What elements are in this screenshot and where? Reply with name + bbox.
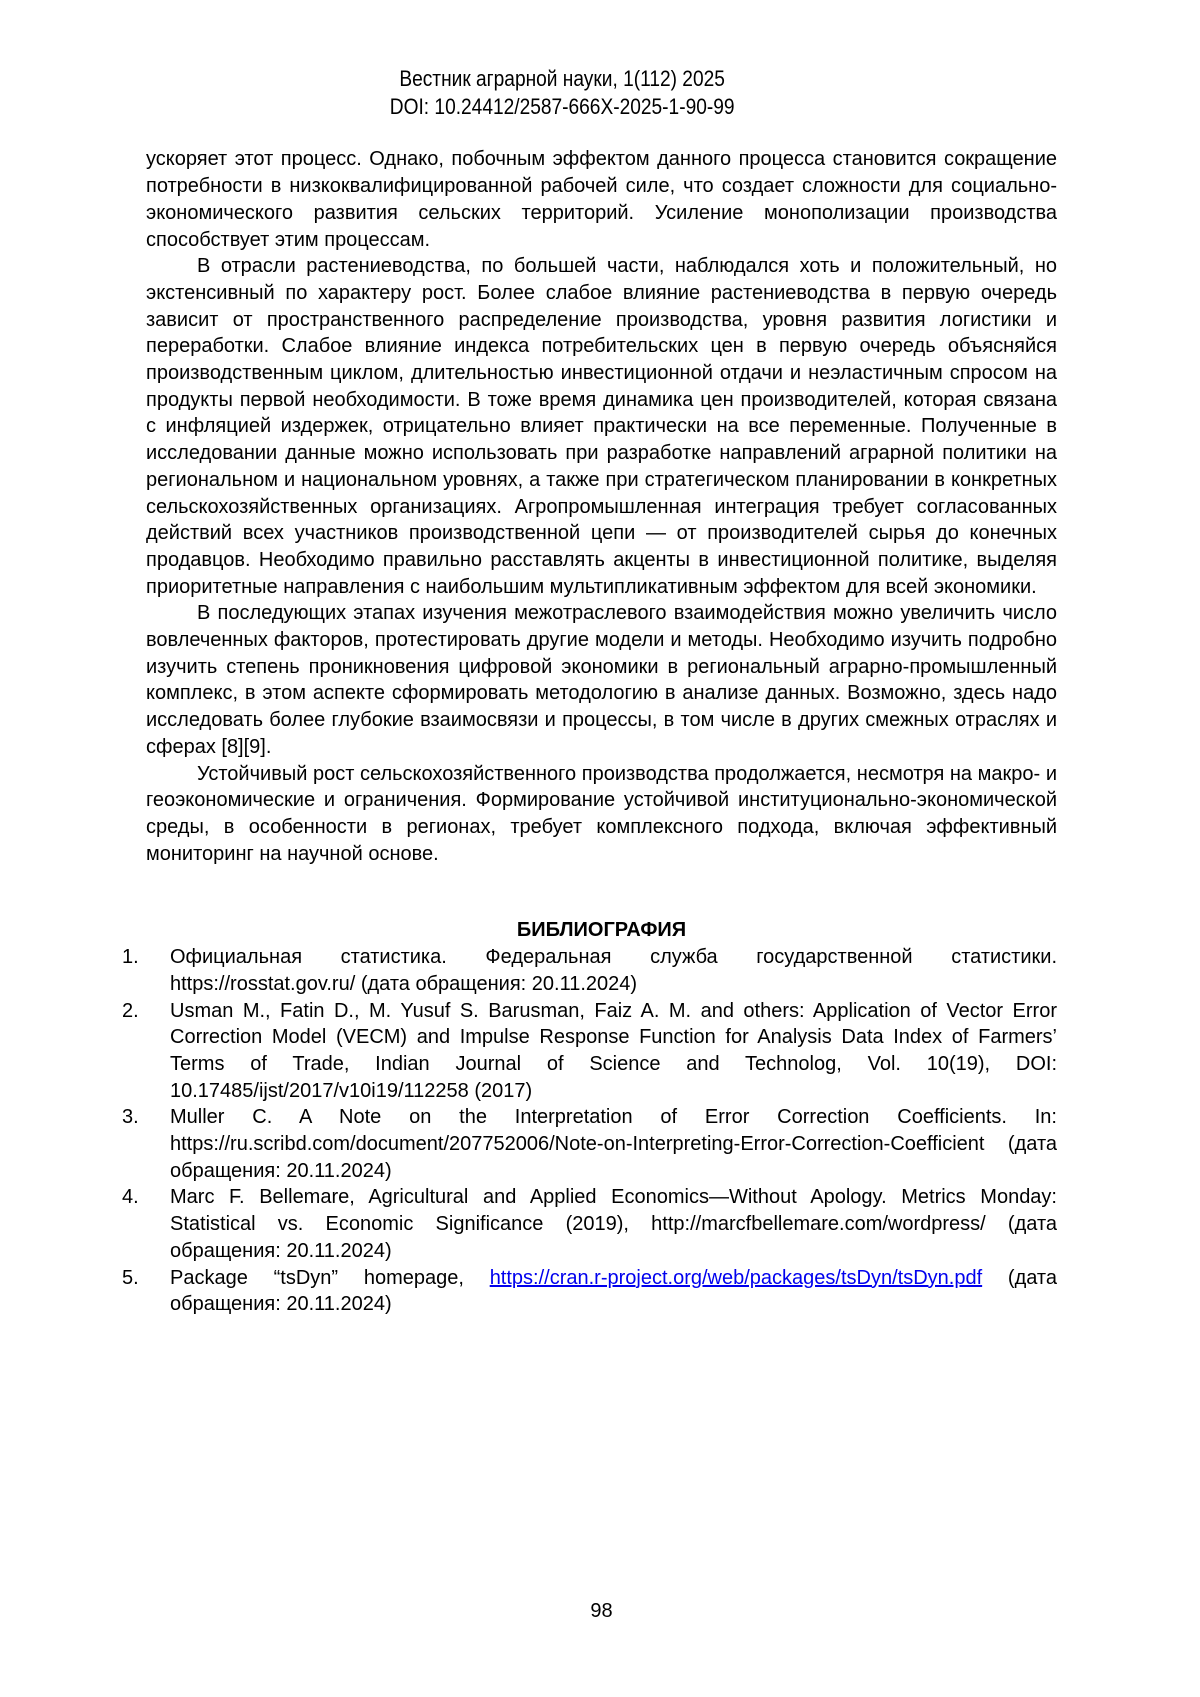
body-paragraph: Устойчивый рост сельскохозяйственного пр… <box>146 761 1057 868</box>
reference-number: 5. <box>122 1265 162 1292</box>
page-number: 98 <box>590 1600 612 1622</box>
doi-line: DOI: 10.24412/2587-666X-2025-1-90-99 <box>390 94 735 121</box>
reference-list: 1.Официальная статистика. Федеральная сл… <box>146 944 1057 1318</box>
body-paragraph: В отрасли растениеводства, по большей ча… <box>146 253 1057 600</box>
reference-item: 5.Package “tsDyn” homepage, https://cran… <box>146 1265 1057 1318</box>
page-footer: 98 <box>146 1598 1057 1625</box>
body-paragraph: ускоряет этот процесс. Однако, побочным … <box>146 146 1057 253</box>
reference-number: 4. <box>122 1184 162 1211</box>
reference-item: 1.Официальная статистика. Федеральная сл… <box>146 944 1057 997</box>
bibliography-heading: БИБЛИОГРАФИЯ <box>146 917 1057 944</box>
journal-header: Вестник аграрной науки, 1(112) 2025 DOI:… <box>146 66 979 121</box>
reference-text: Muller C. A Note on the Interpretation o… <box>170 1106 1057 1181</box>
reference-item: 3.Muller C. A Note on the Interpretation… <box>146 1104 1057 1184</box>
reference-text: Официальная статистика. Федеральная служ… <box>170 946 1057 995</box>
reference-text: Package “tsDyn” homepage, <box>170 1267 490 1289</box>
body-paragraph: В последующих этапах изучения межотрасле… <box>146 600 1057 760</box>
reference-number: 2. <box>122 998 162 1025</box>
document-page: Вестник аграрной науки, 1(112) 2025 DOI:… <box>0 0 1200 1697</box>
reference-item: 4.Marc F. Bellemare, Agricultural and Ap… <box>146 1184 1057 1264</box>
reference-text: Marc F. Bellemare, Agricultural and Appl… <box>170 1186 1057 1261</box>
journal-title-line: Вестник аграрной науки, 1(112) 2025 <box>400 66 726 93</box>
reference-number: 3. <box>122 1104 162 1131</box>
reference-number: 1. <box>122 944 162 971</box>
page-content: Вестник аграрной науки, 1(112) 2025 DOI:… <box>146 66 1057 1318</box>
reference-item: 2.Usman M., Fatin D., M. Yusuf S. Barusm… <box>146 998 1057 1105</box>
reference-link[interactable]: https://cran.r-project.org/web/packages/… <box>490 1267 982 1289</box>
reference-text: Usman M., Fatin D., M. Yusuf S. Barusman… <box>170 1000 1057 1102</box>
